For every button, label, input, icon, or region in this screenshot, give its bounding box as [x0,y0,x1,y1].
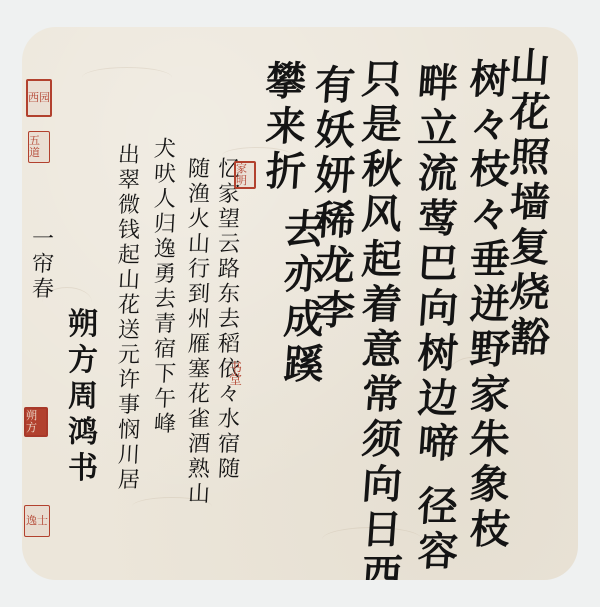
artwork-viewer: 山花照墙复烧豁 树々枝々垂迸野家朱象枝 畔立流莺巴向树边啼径容 只是秋风起着意常… [0,0,600,607]
seal-jiaming: 家明 [234,161,256,189]
inscription-column-1: 忆家望云路东去稻依々水宿随 [218,157,240,482]
inscription-column-4: 出翠微钱起山花送元许事悯川居 [118,143,140,493]
main-char: 山 [508,45,551,90]
main-text-column-3: 畔立流莺巴向树边啼径容 [418,61,458,574]
main-text-column-2: 树々枝々垂迸野家朱象枝 [470,57,510,552]
seal-shuofang: 朔方 [24,407,48,437]
seal-xiyuan: 西园 [26,79,52,117]
seal-wudao: 五道 [28,131,50,163]
seal-shutang: 书堂 [229,357,249,393]
signature-column-2: 朔方周鸿书 [68,307,98,487]
main-text-column-6: 攀来折 [266,59,306,194]
main-text-column-7: 去亦成蹊 [284,207,324,387]
main-text-column-4: 只是秋风起着意常须向日西 [362,57,402,580]
inscription-column-2: 随渔火山行到州雁塞花雀酒熟山 [188,157,210,507]
signature-column-1: 一帘春 [32,227,54,302]
inscription-column-3: 犬吠人归逸勇去青宿下午峰 [154,137,176,437]
paper-fiber [82,67,172,88]
seal-yishi: 逸士 [24,505,50,537]
main-text-column-1: 山花照墙复烧豁 [510,45,550,360]
calligraphy-paper: 山花照墙复烧豁 树々枝々垂迸野家朱象枝 畔立流莺巴向树边啼径容 只是秋风起着意常… [22,27,578,580]
